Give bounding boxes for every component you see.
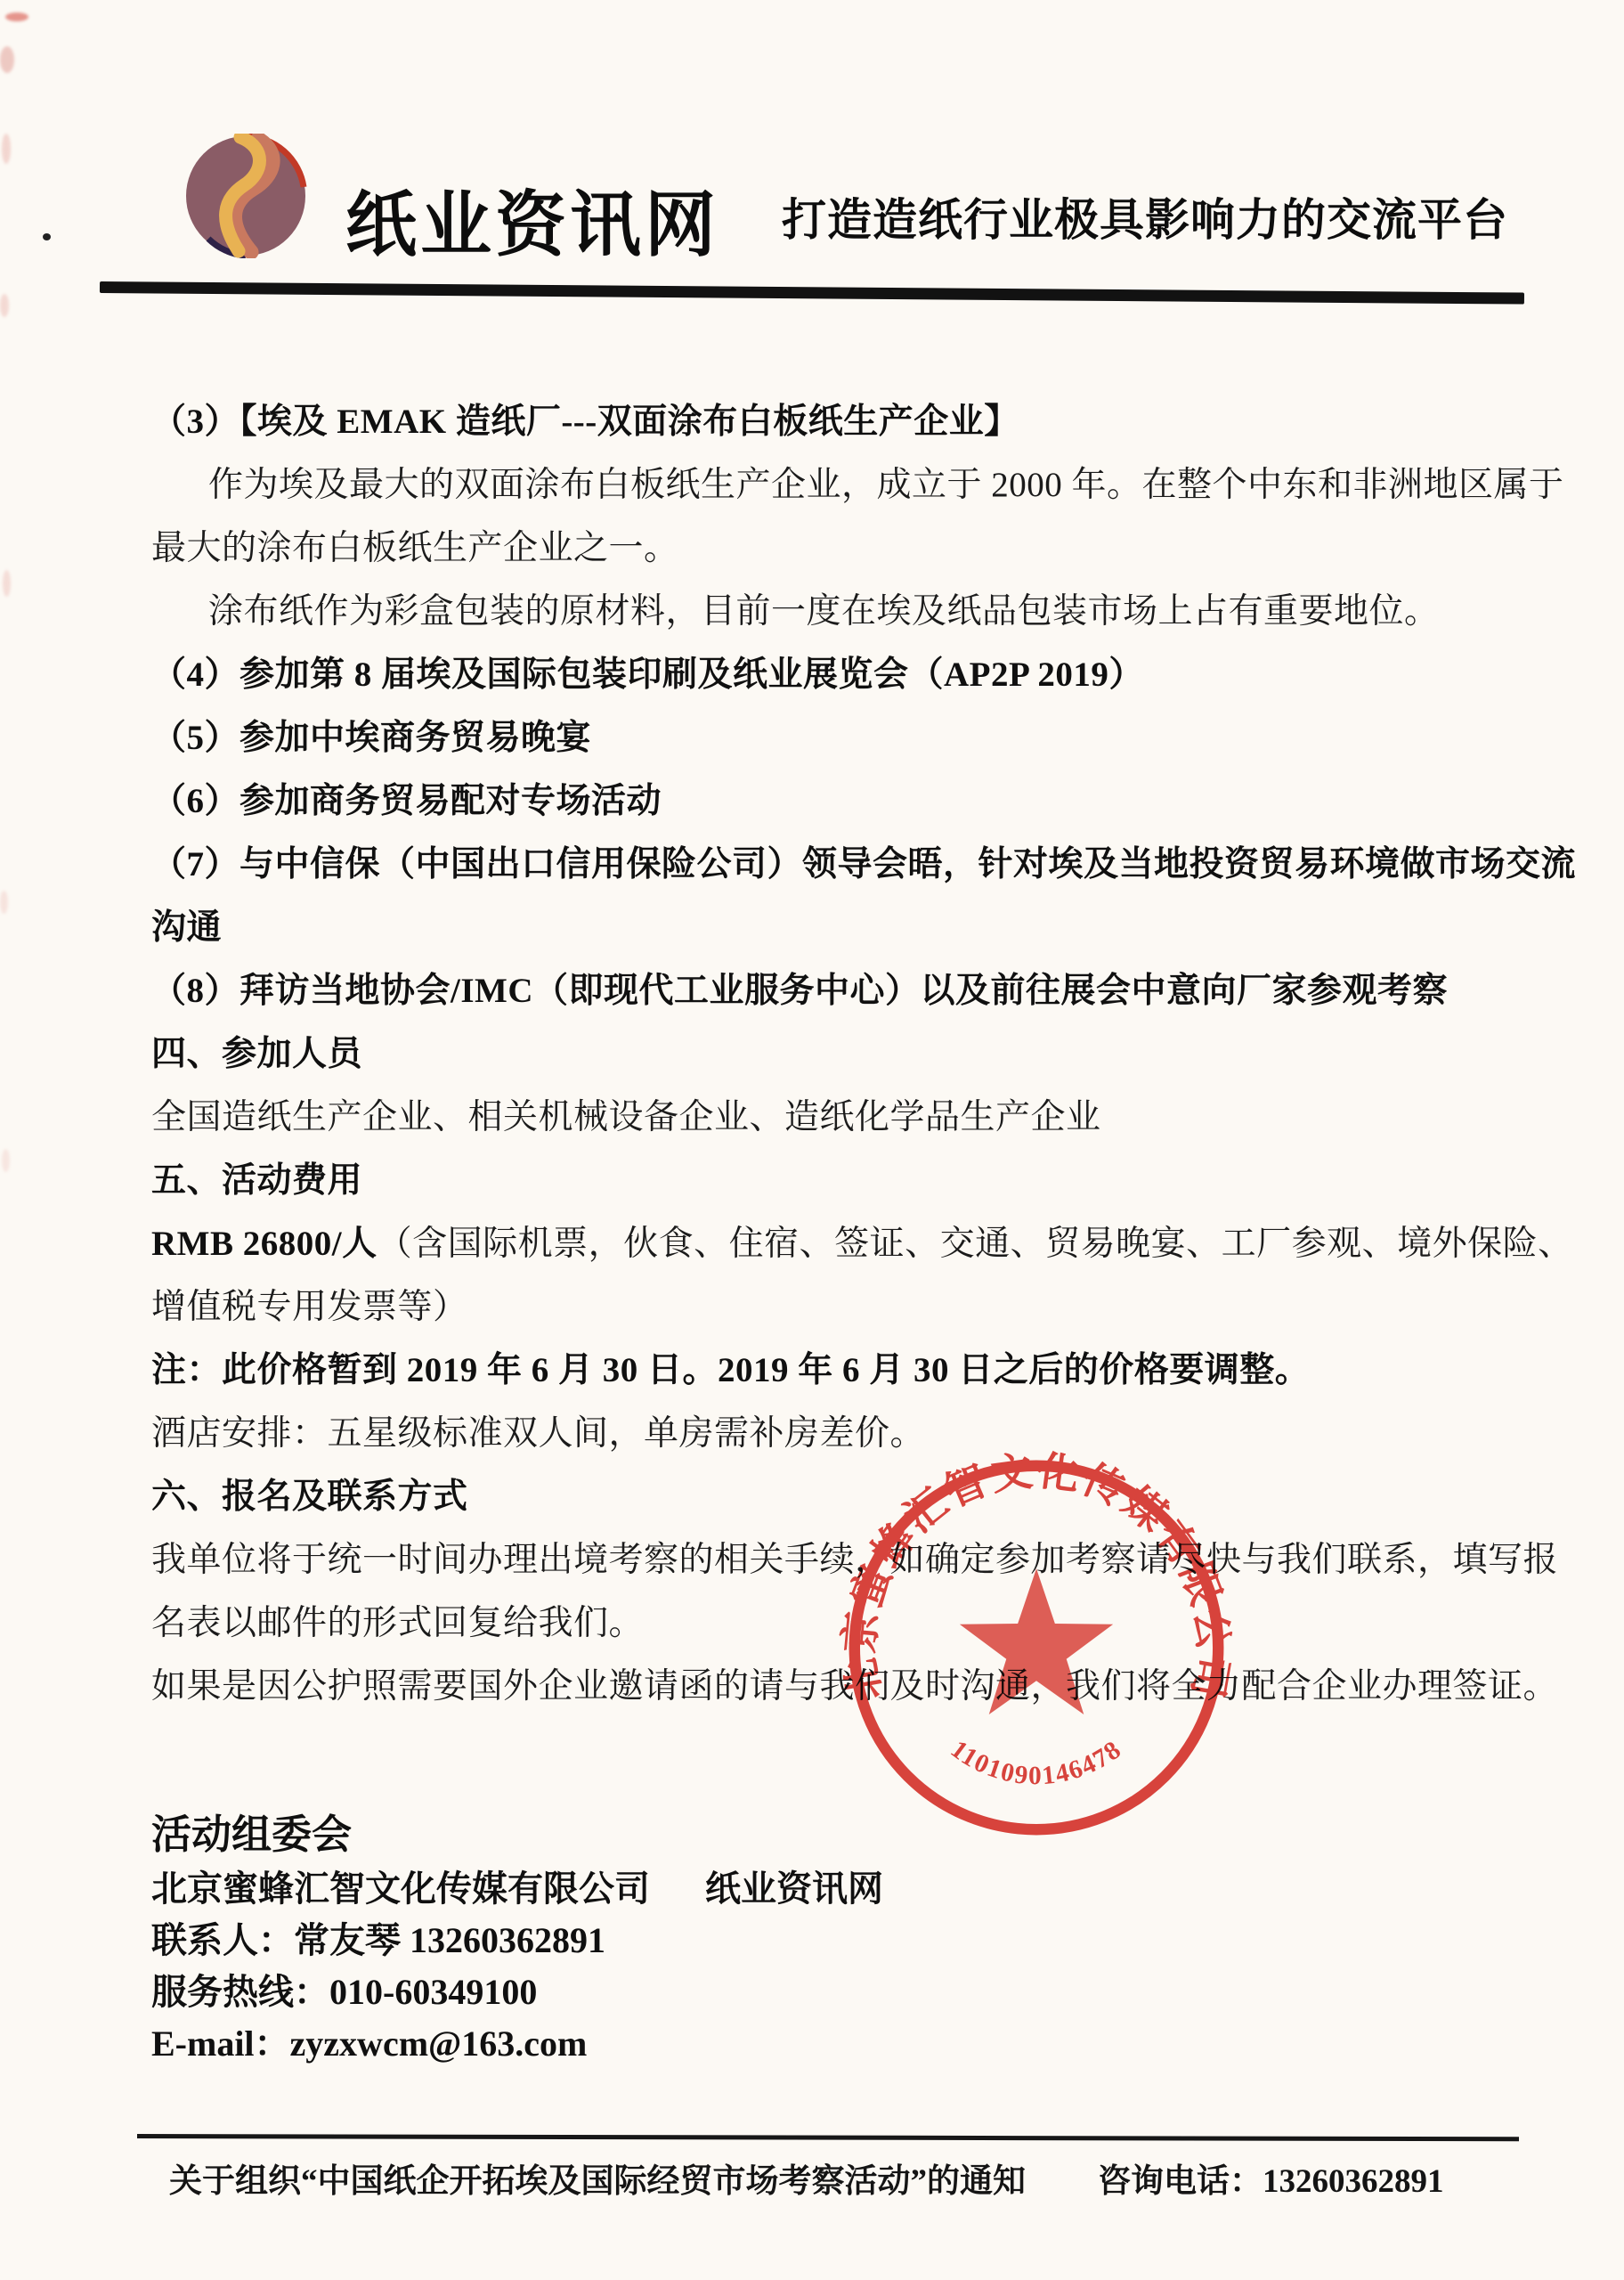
scan-artifact [5, 12, 28, 21]
price-line: RMB 26800/人（含国际机票，伙食、住宿、签证、交通、贸易晚宴、工厂参观、… [151, 1212, 1540, 1275]
committee-email: E-mail：zyzxwcm@163.com [151, 2018, 883, 2070]
scanned-notice-page: 纸业资讯网 打造造纸行业极具影响力的交流平台 （3）【埃及 EMAK 造纸厂--… [0, 0, 1624, 2280]
paragraph-line: 涂布纸作为彩盒包装的原材料，目前一度在埃及纸品包装市场上占有重要地位。 [151, 580, 1540, 643]
price-detail-continuation: 增值税专用发票等） [151, 1275, 1540, 1339]
section6-title: 六、报名及联系方式 [151, 1465, 1540, 1528]
paragraph-line: 名表以邮件的形式回复给我们。 [151, 1592, 1540, 1655]
item7-continuation: 沟通 [151, 896, 1540, 959]
item4-heading: （4）参加第 8 届埃及国际包装印刷及纸业展览会（AP2P 2019） [151, 643, 1540, 706]
committee-company: 北京蜜蜂汇智文化传媒有限公司 [151, 1869, 650, 1909]
scan-artifact [2, 1149, 10, 1172]
site-slogan: 打造造纸行业极具影响力的交流平台 [782, 184, 1508, 248]
price-note: 注：此价格暂到 2019 年 6 月 30 日。2019 年 6 月 30 日之… [151, 1339, 1540, 1402]
item6-heading: （6）参加商务贸易配对专场活动 [151, 769, 1540, 833]
section4-title: 四、参加人员 [151, 1022, 1540, 1086]
site-logo [183, 134, 308, 258]
item8-heading: （8）拜访当地协会/IMC（即现代工业服务中心）以及前往展会中意向厂家参观考察 [151, 959, 1540, 1022]
item5-heading: （5）参加中埃商务贸易晚宴 [151, 706, 1540, 769]
section4-body: 全国造纸生产企业、相关机械设备企业、造纸化学品生产企业 [151, 1086, 1540, 1149]
document-body: （3）【埃及 EMAK 造纸厂---双面涂布白板纸生产企业】 作为埃及最大的双面… [151, 390, 1540, 1718]
hotel-note: 酒店安排：五星级标准双人间，单房需补房差价。 [151, 1402, 1540, 1465]
committee-block: 活动组委会 北京蜜蜂汇智文化传媒有限公司纸业资讯网 联系人：常友琴 132603… [151, 1806, 883, 2070]
footer-rule [137, 2134, 1519, 2141]
item3-heading: （3）【埃及 EMAK 造纸厂---双面涂布白板纸生产企业】 [151, 390, 1540, 453]
header-rule [100, 281, 1524, 305]
committee-site: 纸业资讯网 [705, 1869, 883, 1909]
section5-title: 五、活动费用 [151, 1149, 1540, 1212]
paragraph-line: 最大的涂布白板纸生产企业之一。 [151, 517, 1540, 580]
scan-artifact [3, 570, 11, 597]
committee-org: 北京蜜蜂汇智文化传媒有限公司纸业资讯网 [151, 1863, 883, 1915]
price-amount: RMB 26800/人 [151, 1225, 378, 1263]
price-detail: （含国际机票，伙食、住宿、签证、交通、贸易晚宴、工厂参观、境外保险、 [378, 1225, 1573, 1263]
footer-doc-title: 关于组织“中国纸企开拓埃及国际经贸市场考察活动”的通知 [169, 2154, 1026, 2202]
site-name: 纸业资讯网 [345, 167, 719, 270]
item7-heading: （7）与中信保（中国出口信用保险公司）领导会晤，针对埃及当地投资贸易环境做市场交… [151, 833, 1540, 896]
committee-contact: 联系人：常友琴 13260362891 [151, 1915, 883, 1966]
paragraph-line: 我单位将于统一时间办理出境考察的相关手续，如确定参加考察请尽快与我们联系，填写报 [151, 1528, 1540, 1592]
ink-dot [43, 233, 51, 240]
scan-artifact [2, 134, 11, 164]
footer-phone: 咨询电话：13260362891 [1098, 2154, 1444, 2202]
scan-artifact [0, 46, 14, 73]
paragraph-line: 如果是因公护照需要国外企业邀请函的请与我们及时沟通，我们将全力配合企业办理签证。 [151, 1655, 1540, 1718]
seal-number-text: 1101090146478 [946, 1735, 1127, 1790]
scan-artifact [0, 891, 8, 914]
committee-hotline: 服务热线：010-60349100 [151, 1966, 883, 2018]
paragraph-line: 作为埃及最大的双面涂布白板纸生产企业，成立于 2000 年。在整个中东和非洲地区… [151, 453, 1540, 517]
scan-artifact [0, 294, 9, 317]
committee-title: 活动组委会 [151, 1806, 883, 1863]
